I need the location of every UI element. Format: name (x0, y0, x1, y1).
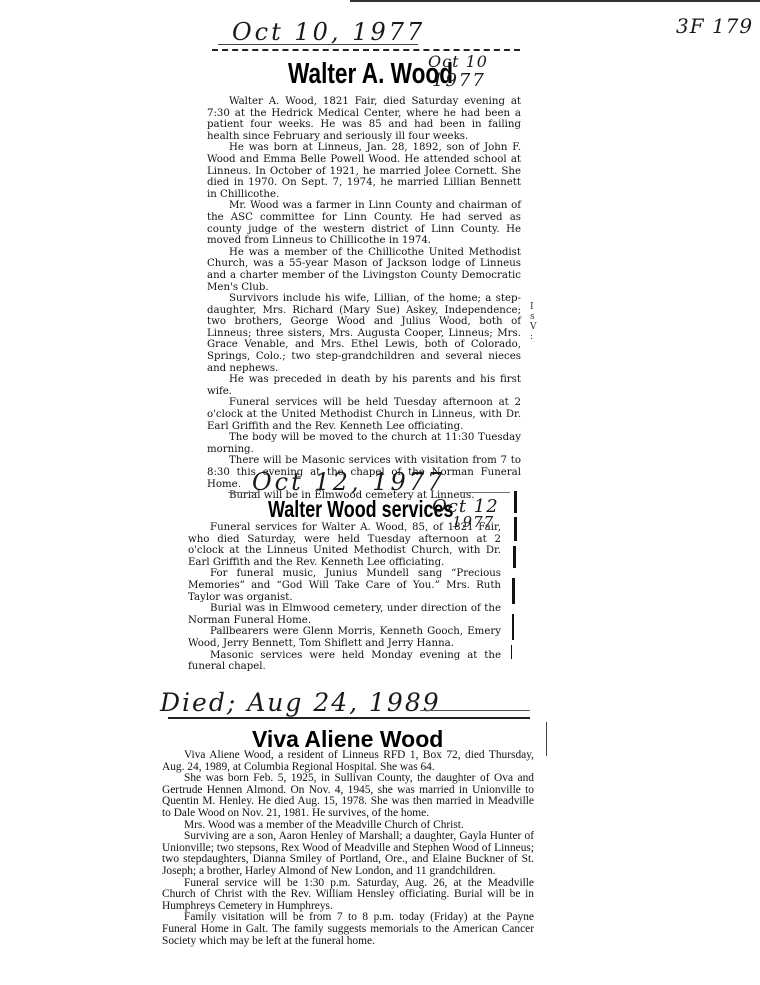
clipping-top-edge (168, 717, 530, 719)
paragraph: Funeral service will be 1:30 p.m. Saturd… (162, 878, 534, 913)
clipping-top-edge-right (460, 492, 510, 493)
paragraph: Pallbearers were Glenn Morris, Kenneth G… (188, 626, 501, 649)
column-rule (546, 722, 547, 756)
paragraph: Walter A. Wood, 1821 Fair, died Saturday… (207, 96, 521, 142)
paragraph: He was born at Linneus, Jan. 28, 1892, s… (207, 142, 521, 200)
paragraph: Burial was in Elmwood cemetery, under di… (188, 603, 501, 626)
scan-edge-rule (350, 0, 760, 2)
column-rule (514, 517, 517, 541)
paragraph: Family visitation will be from 7 to 8 p.… (162, 912, 534, 947)
paragraph: Masonic services were held Monday evenin… (188, 650, 501, 673)
article-body: Walter A. Wood, 1821 Fair, died Saturday… (207, 96, 521, 502)
paragraph: He was preceded in death by his parents … (207, 374, 521, 397)
paragraph: Funeral services will be held Tuesday af… (207, 397, 521, 432)
date-underline (218, 44, 418, 45)
article-body: Viva Aliene Wood, a resident of Linneus … (162, 750, 534, 947)
handwritten-side-note-line2: 1977 (432, 70, 486, 91)
paragraph: Surviving are a son, Aaron Henley of Mar… (162, 831, 534, 877)
article-body: Funeral services for Walter A. Wood, 85,… (188, 522, 501, 673)
column-rule (511, 645, 512, 659)
handwritten-date: Oct 12, 1977 (252, 468, 445, 496)
paragraph: Viva Aliene Wood, a resident of Linneus … (162, 750, 534, 773)
paragraph: He was a member of the Chillicothe Unite… (207, 247, 521, 293)
column-rule (512, 578, 515, 604)
paragraph: She was born Feb. 5, 1925, in Sullivan C… (162, 773, 534, 819)
paragraph: The body will be moved to the church at … (207, 432, 521, 455)
paragraph: Mr. Wood was a farmer in Linn County and… (207, 200, 521, 246)
paragraph: Funeral services for Walter A. Wood, 85,… (188, 522, 501, 568)
column-rule (512, 614, 514, 640)
date-underline (420, 710, 530, 711)
column-rule (513, 546, 516, 568)
paragraph: For funeral music, Junius Mundell sang “… (188, 568, 501, 603)
archive-page-note: 3F 179 (676, 14, 753, 38)
clipping-top-edge (212, 49, 520, 51)
handwritten-side-note-line1: Oct 10 (428, 52, 488, 71)
adjacent-column-fragment: IsV: (530, 302, 538, 342)
handwritten-date: Died; Aug 24, 1989 (160, 688, 441, 717)
paragraph: Survivors include his wife, Lillian, of … (207, 293, 521, 374)
headline: Walter Wood services (268, 496, 453, 523)
handwritten-date: Oct 10, 1977 (232, 18, 425, 46)
column-rule (514, 491, 517, 513)
